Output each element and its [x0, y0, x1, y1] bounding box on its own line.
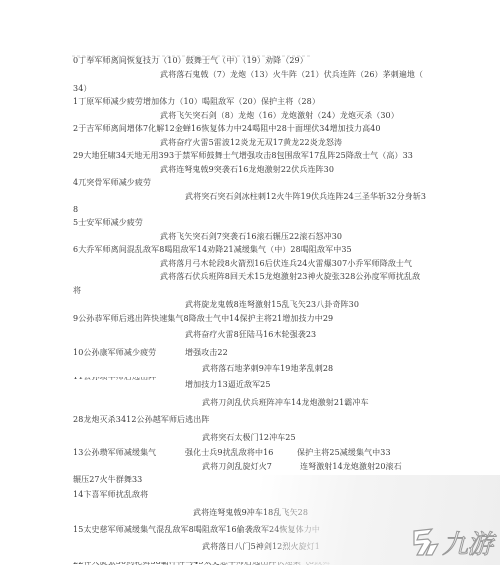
- text-line: 8: [73, 204, 78, 215]
- text-line: 辗压27火牛群舞33: [73, 474, 142, 485]
- text-line: 武将旋龙鬼戟8连弩激射15乱飞矢23八卦奇阵30: [185, 299, 359, 310]
- text-line: 0丁奉军师离间恢复技力（10）鼓舞士气（中）（19）劝降（29）: [73, 55, 308, 66]
- text-line: 武将落石鬼戟（7）龙炮（13）火牛阵（21）伏兵连阵（26）茅刺遍地（: [160, 69, 423, 80]
- text-line: 9公孙恭军师后逃出阵快速集气8降敌士气中14保护主将21增加技力中29: [73, 313, 333, 324]
- text-line: 10公孙康军师减少疲劳: [73, 347, 156, 358]
- text-line: 增加技力13逼近敌军25: [185, 379, 271, 390]
- text-line: 14卞喜军师扰乱敌将: [73, 489, 148, 500]
- text-line: 11公孙瓒军师后逃出阵: [73, 371, 156, 382]
- text-line: 6大乔军师离间混乱敌军8喝阻敌军14劝降21减缓集气（中）28喝阻敌军中35: [73, 244, 352, 255]
- text-line: 保护主将25减缓集气中33: [297, 447, 391, 458]
- text-line: 武将刀剑乱伏兵班阵冲车14龙炮激射21霸冲车: [202, 397, 369, 408]
- text-line: 武将突石太极门12冲车25: [202, 432, 296, 443]
- text-line: 4兀突骨军师减少疲劳: [73, 177, 151, 188]
- document-page: 0丁奉军师离间恢复技力（10）鼓舞士气（中）（19）劝降（29）武将落石鬼戟（7…: [0, 0, 500, 565]
- text-line: 1丁原军师减少疲劳增加体力（10）喝阻敌军（20）保护主将（28）: [73, 96, 320, 107]
- watermark-brand-text: 九游: [442, 524, 492, 561]
- text-line: 29大地狂啸34天地无用393于禁军师鼓舞士气增强攻击8包围敌军17乱阵25降敌…: [73, 150, 413, 161]
- text-line: 武将落石地茅刺9冲车19地茅乱刺28: [202, 363, 333, 374]
- text-line: 武将奋疗火雷8狂陆马16木轮强袭23: [185, 329, 316, 340]
- text-line: 武将落石伏兵班阵8回天术15龙炮激射23神火旋张328公孙度军师扰乱敌: [160, 271, 420, 282]
- text-line: 5士安军师减少疲劳: [73, 217, 143, 228]
- text-line: 武将连弩鬼戟9突袭石16龙炮激射22伏兵连阵30: [160, 164, 334, 175]
- text-line: 武将飞矢突石剑（8）龙炮（16）龙炮激射（24）龙炮灭杀（30）: [160, 110, 399, 121]
- text-line: 连弩激射14龙炮激射20滚石: [300, 461, 402, 472]
- text-line: 强化士兵9扰乱敌将中16: [185, 447, 273, 458]
- text-line: 2于吉军师离间增体7化解12金蝉16恢复体力中24喝阻中28十面埋伏34增加技力…: [73, 123, 381, 134]
- text-line: 增强攻击22: [185, 347, 228, 358]
- text-line: 武将奋疗火雷5雷波12炎龙无双17黄龙22炎龙怒涛: [160, 137, 342, 148]
- text-line: 28龙炮灭杀3412公孙越军师后逃出阵: [73, 414, 209, 425]
- text-line: 武将刀剑乱旋灯火7: [202, 461, 272, 472]
- text-line: 34）: [73, 83, 91, 94]
- text-line: 将: [73, 285, 81, 296]
- text-line: 武将落月弓木轮段8火箭烈16后伏连兵24火雷爆307小乔军师降敌士气: [160, 258, 412, 269]
- text-line: 武将突石突石剑冰柱刺12火牛阵19伏兵连阵24三圣华斩32分身斩3: [185, 191, 426, 202]
- text-line: 武将飞矢突石剑7突袭石16滚石辗压22滚石怒冲30: [160, 231, 342, 242]
- text-line: 13公孙瓒军师减缓集气: [73, 447, 156, 458]
